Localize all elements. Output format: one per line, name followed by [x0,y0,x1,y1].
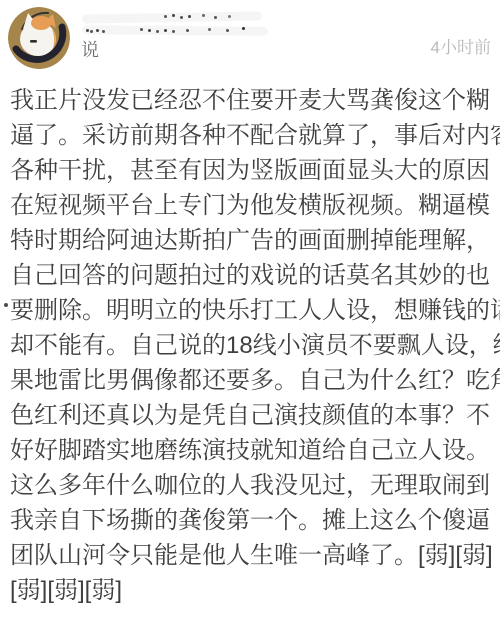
post-text-line: 这么多年什么咖位的人我没见过，无理取闹到 [10,468,492,503]
post-text-line: 色红利还真以为是凭自己演技颜值的本事？不 [10,398,492,433]
scribble-streak [82,25,268,36]
avatar[interactable] [8,7,70,69]
post-text-line: 在短视频平台上专门为他发横版视频。糊逼模 [10,188,492,223]
cat-avatar-icon [8,7,70,69]
post-text-line: 果地雷比男偶像都还要多。自己为什么红？吃角 [10,363,492,398]
post-text-line: 我正片没发已经忍不住要开麦大骂龚俊这个糊 [10,83,492,118]
post-text-line: 要删除。明明立的快乐打工人人设，想赚钱的话 [10,293,492,328]
post-text-line: 团队山河令只能是他人生唯一高峰了。[弱][弱] [10,538,492,573]
post-card: 说 4小时前 我正片没发已经忍不住要开麦大骂龚俊这个糊逼了。采访前期各种不配合就… [0,0,500,633]
post-text-line: 我亲自下场撕的龚俊第一个。摊上这么个傻逼 [10,503,492,538]
post-text: 我正片没发已经忍不住要开麦大骂龚俊这个糊逼了。采访前期各种不配合就算了，事后对内… [10,83,492,608]
timestamp: 4小时前 [431,37,491,59]
username-redacted-scribble[interactable] [82,11,268,38]
scribble-speckles [86,29,89,32]
post-text-line: 好好脚踏实地磨练演技就知道给自己立人设。 [10,433,492,468]
post-header: 说 4小时前 [0,0,500,78]
stray-bullet-dot [4,303,8,307]
post-text-line: 逼了。采访前期各种不配合就算了，事后对内容 [10,118,492,153]
post-text-line: 特时期给阿迪达斯拍广告的画面删掉能理解， [10,223,492,258]
says-label: 说 [81,38,99,62]
scribble-streak [82,11,262,23]
post-text-line: 各种干扰，甚至有因为竖版画面显头大的原因 [10,153,492,188]
post-text-line: [弱][弱][弱] [10,573,492,608]
post-text-line: 自己回答的问题拍过的戏说的话莫名其妙的也 [10,258,492,293]
post-text-line: 却不能有。自己说的18线小演员不要飘人设，结 [10,328,492,363]
